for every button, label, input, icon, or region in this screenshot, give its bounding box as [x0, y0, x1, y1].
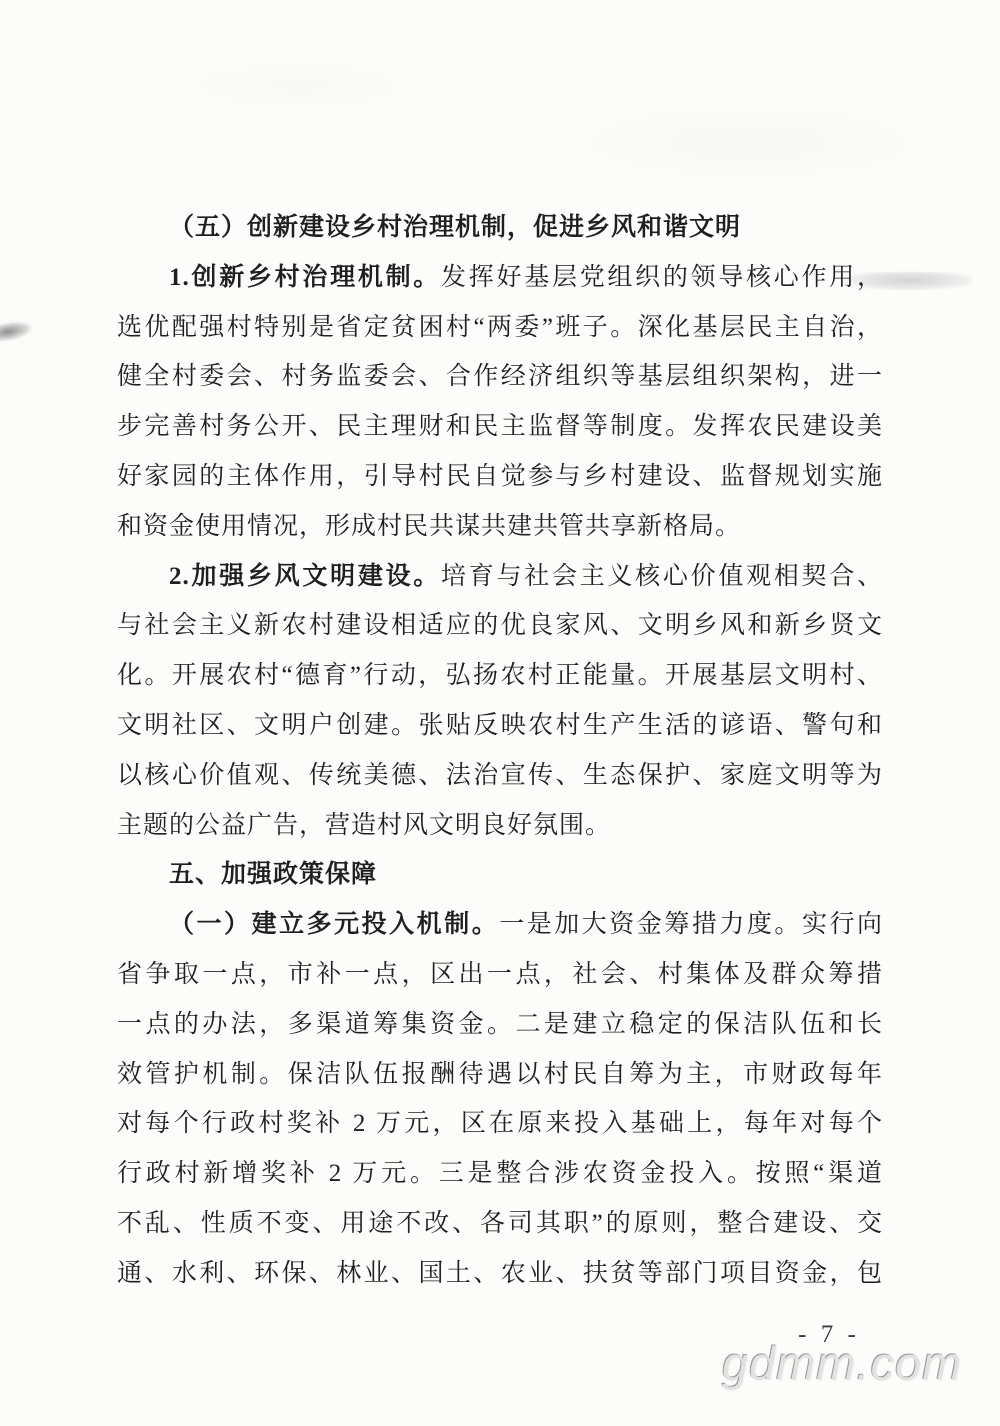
text-line: 2.加强乡风文明建设。培育与社会主义核心价值观相契合、: [117, 552, 883, 602]
text-line: 以核心价值观、传统美德、法治宣传、生态保护、家庭文明等为: [117, 751, 883, 801]
text-line: 步完善村务公开、民主理财和民主监督等制度。发挥农民建设美: [117, 402, 883, 452]
text-line: 主题的公益广告，营造村风文明良好氛围。: [117, 801, 883, 851]
line-regular-text: 对每个行政村奖补 2 万元，区在原来投入基础上，每年对每个: [117, 1110, 883, 1137]
text-line: 选优配强村特别是省定贫困村“两委”班子。深化基层民主自治，: [117, 303, 883, 353]
text-line: 化。开展农村“德育”行动，弘扬农村正能量。开展基层文明村、: [117, 651, 883, 701]
line-regular-text: 与社会主义新农村建设相适应的优良家风、文明乡风和新乡贤文: [117, 612, 883, 639]
text-line: 一点的办法，多渠道筹集资金。二是建立稳定的保洁队伍和长: [117, 1000, 883, 1050]
line-regular-text: 文明社区、文明户创建。张贴反映农村生产生活的谚语、警句和: [117, 712, 883, 739]
line-regular-text: 好家园的主体作用，引导村民自觉参与乡村建设、监督规划实施: [117, 463, 883, 490]
line-bold-text: 2.加强乡风文明建设。: [169, 563, 441, 590]
text-line: 健全村委会、村务监委会、合作经济组织等基层组织架构，进一: [117, 352, 883, 402]
line-regular-text: 步完善村务公开、民主理财和民主监督等制度。发挥农民建设美: [117, 413, 883, 440]
line-bold-text: （五）创新建设乡村治理机制，促进乡风和谐文明: [169, 214, 741, 241]
text-line: 文明社区、文明户创建。张贴反映农村生产生活的谚语、警句和: [117, 701, 883, 751]
text-line: 效管护机制。保洁队伍报酬待遇以村民自筹为主，市财政每年: [117, 1050, 883, 1100]
text-line: （一）建立多元投入机制。一是加大资金筹措力度。实行向: [117, 900, 883, 950]
line-regular-text: 不乱、性质不变、用途不改、各司其职”的原则，整合建设、交: [117, 1210, 883, 1237]
text-line: （五）创新建设乡村治理机制，促进乡风和谐文明: [117, 203, 883, 253]
text-line: 和资金使用情况，形成村民共谋共建共管共享新格局。: [117, 502, 883, 552]
text-line: 行政村新增奖补 2 万元。三是整合涉农资金投入。按照“渠道: [117, 1149, 883, 1199]
line-regular-text: 通、水利、环保、林业、国土、农业、扶贫等部门项目资金，包: [117, 1260, 883, 1287]
line-regular-text: 主题的公益广告，营造村风文明良好氛围。: [117, 812, 611, 839]
line-bold-text: 1.创新乡村治理机制。: [169, 264, 441, 291]
scan-smudge-artifact: [0, 319, 33, 344]
line-regular-text: 一是加大资金筹措力度。实行向: [499, 911, 883, 938]
line-bold-text: 五、加强政策保障: [169, 861, 377, 888]
line-regular-text: 培育与社会主义核心价值观相契合、: [441, 563, 883, 590]
text-line: 省争取一点，市补一点，区出一点，社会、村集体及群众筹措: [117, 950, 883, 1000]
document-body: （五）创新建设乡村治理机制，促进乡风和谐文明1.创新乡村治理机制。发挥好基层党组…: [117, 203, 883, 1299]
line-regular-text: 选优配强村特别是省定贫困村“两委”班子。深化基层民主自治，: [117, 314, 883, 341]
line-regular-text: 一点的办法，多渠道筹集资金。二是建立稳定的保洁队伍和长: [117, 1011, 883, 1038]
line-regular-text: 健全村委会、村务监委会、合作经济组织等基层组织架构，进一: [117, 363, 883, 390]
text-line: 通、水利、环保、林业、国土、农业、扶贫等部门项目资金，包: [117, 1249, 883, 1299]
scanned-document-page: （五）创新建设乡村治理机制，促进乡风和谐文明1.创新乡村治理机制。发挥好基层党组…: [0, 0, 1000, 1426]
text-line: 好家园的主体作用，引导村民自觉参与乡村建设、监督规划实施: [117, 452, 883, 502]
line-regular-text: 行政村新增奖补 2 万元。三是整合涉农资金投入。按照“渠道: [117, 1160, 883, 1187]
line-regular-text: 化。开展农村“德育”行动，弘扬农村正能量。开展基层文明村、: [117, 662, 883, 689]
text-line: 五、加强政策保障: [117, 850, 883, 900]
line-regular-text: 效管护机制。保洁队伍报酬待遇以村民自筹为主，市财政每年: [117, 1061, 883, 1088]
text-line: 不乱、性质不变、用途不改、各司其职”的原则，整合建设、交: [117, 1199, 883, 1249]
text-line: 与社会主义新农村建设相适应的优良家风、文明乡风和新乡贤文: [117, 601, 883, 651]
line-regular-text: 省争取一点，市补一点，区出一点，社会、村集体及群众筹措: [117, 961, 883, 988]
watermark: gdmm.com: [722, 1336, 962, 1392]
line-regular-text: 以核心价值观、传统美德、法治宣传、生态保护、家庭文明等为: [117, 762, 883, 789]
line-regular-text: 和资金使用情况，形成村民共谋共建共管共享新格局。: [117, 513, 741, 540]
line-regular-text: 发挥好基层党组织的领导核心作用，: [441, 264, 883, 291]
text-line: 对每个行政村奖补 2 万元，区在原来投入基础上，每年对每个: [117, 1099, 883, 1149]
text-line: 1.创新乡村治理机制。发挥好基层党组织的领导核心作用，: [117, 253, 883, 303]
line-bold-text: （一）建立多元投入机制。: [169, 911, 499, 938]
